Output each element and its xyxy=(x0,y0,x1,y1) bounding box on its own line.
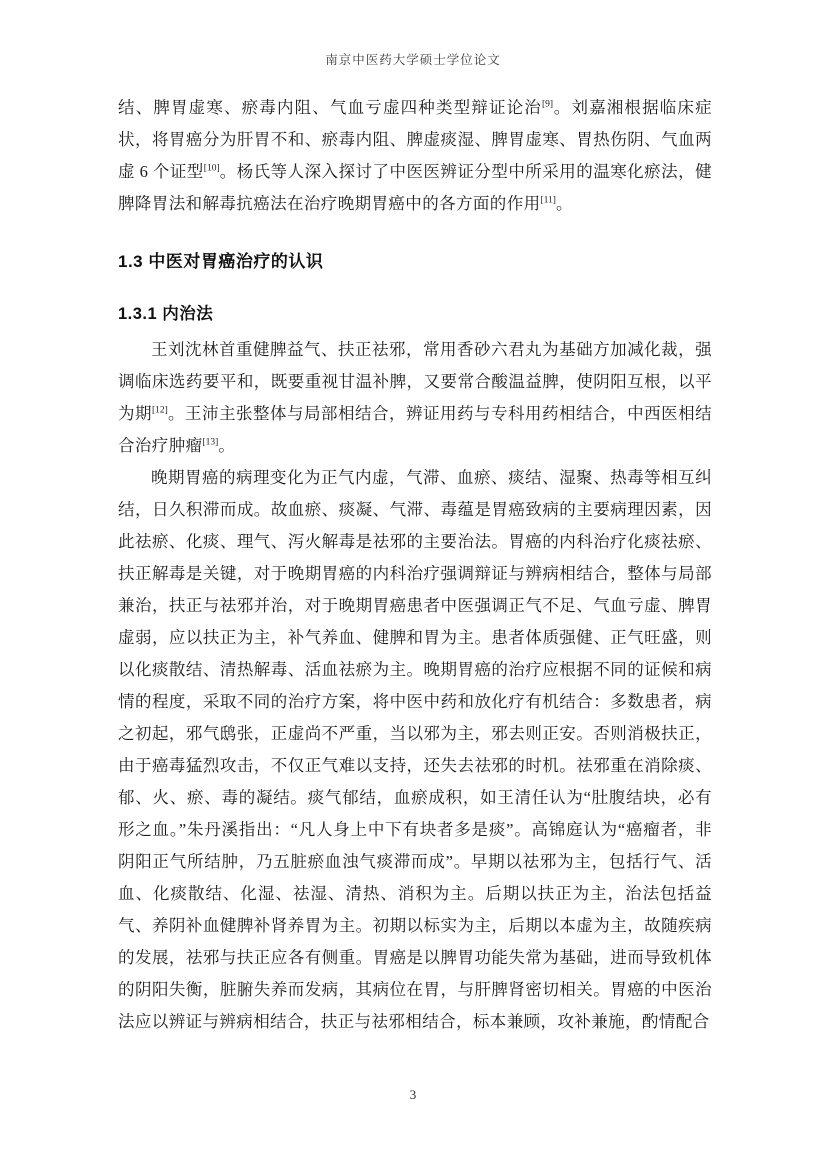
reference-marker: [9] xyxy=(542,100,553,110)
paragraph-internal-treatment-experts: 王刘沈林首重健脾益气、扶正祛邪，常用香砂六君丸为基础方加减化裁，强调临床选药要平… xyxy=(118,334,712,462)
paragraph-syndrome-types-continuation: 结、脾胃虚寒、瘀毒内阻、气血亏虚四种类型辩证论治[9]。刘嘉湘根据临床症状，将胃… xyxy=(118,92,712,220)
thesis-page: 南京中医药大学硕士学位论文 结、脾胃虚寒、瘀毒内阻、气血亏虚四种类型辩证论治[9… xyxy=(0,0,826,1169)
reference-marker: [10] xyxy=(204,164,220,174)
page-number: 3 xyxy=(0,1087,826,1103)
section-heading-1-3: 1.3 中医对胃癌治疗的认识 xyxy=(118,249,712,275)
reference-marker: [11] xyxy=(541,196,556,206)
running-header: 南京中医药大学硕士学位论文 xyxy=(0,50,826,68)
page-content: 结、脾胃虚寒、瘀毒内阻、气血亏虚四种类型辩证论治[9]。刘嘉湘根据临床症状，将胃… xyxy=(118,92,712,1038)
reference-marker: [13] xyxy=(203,438,219,448)
subsection-heading-1-3-1: 1.3.1 内治法 xyxy=(118,301,712,327)
paragraph-late-stage-pathology-treatment: 晚期胃癌的病理变化为正气内虚，气滞、血瘀、痰结、湿聚、热毒等相互纠结，日久积滞而… xyxy=(118,462,712,1038)
reference-marker: [12] xyxy=(152,406,168,416)
